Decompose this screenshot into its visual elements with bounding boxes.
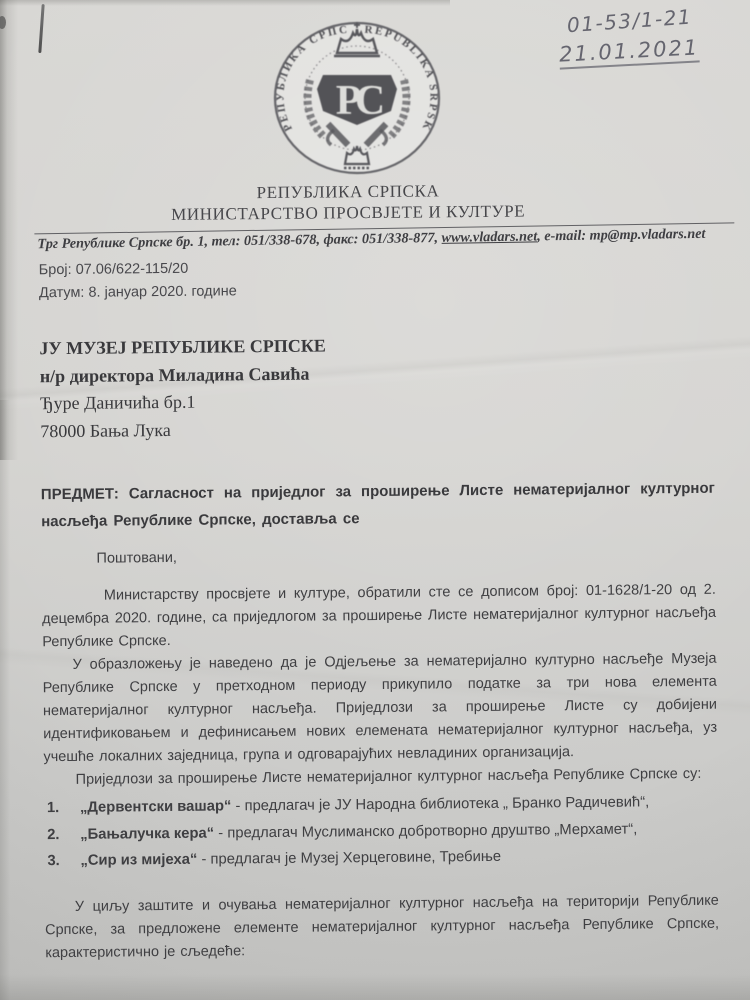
list-item-text: - предлагач је ЈУ Народна библиотека „ Б…	[231, 794, 649, 814]
recipient-address-block: ЈУ МУЗЕЈ РЕПУБЛИКЕ СРПСКЕ н/р директора …	[39, 329, 714, 445]
recipient-city: 78000 Бања Лука	[40, 411, 714, 445]
paragraph-2: У образложењу је наведено да је Одјељење…	[42, 648, 717, 769]
list-item-title: „Сир из мијеха“	[80, 852, 197, 869]
list-item-number: 1.	[44, 795, 80, 822]
salutation: Поштовани,	[41, 542, 715, 571]
list-item: 3. „Сир из мијеха“ - предлагач је Музеј …	[44, 842, 718, 875]
paragraph-3: У циљу заштите и очувања нематеријалног …	[45, 889, 720, 964]
list-item-text: - предлагач је Музеј Херцеговине, Требињ…	[197, 849, 501, 868]
paragraph-1: Министарству просвјете и културе, обрати…	[42, 579, 717, 654]
letterhead: РЕПУБЛИКА СРПСКА МИНИСТАРСТВО ПРОСВЈЕТЕ …	[0, 178, 698, 228]
proposals-list: 1. „Дервентски вашар“ - предлагач је ЈУ …	[44, 789, 719, 875]
contact-email: , e-mail: mp@mp.vladars.net	[537, 226, 705, 245]
letter-body: Број: 07.06/622-115/20 Датум: 8. јануар …	[39, 253, 720, 965]
letterhead-contact-line: Трг Републике Српске бр. 1, тел: 051/338…	[24, 226, 718, 254]
list-item-title: „Дервентски вашар“	[80, 798, 232, 815]
list-item-title: „Бањалучка кера“	[80, 825, 214, 842]
subject-line: ПРЕДМЕТ: Сагласност на приједлог за прош…	[41, 475, 715, 535]
list-item-number: 3.	[44, 848, 80, 875]
website-link[interactable]: www.vladars.net	[441, 228, 537, 246]
list-item-text: - предлагач Муслиманско добротворно друш…	[214, 821, 637, 841]
letter-content: РЕПУБЛИКА СРПСКА МИНИСТАРСТВО ПРОСВЈЕТЕ …	[0, 0, 750, 1000]
list-item-number: 2.	[44, 821, 80, 848]
